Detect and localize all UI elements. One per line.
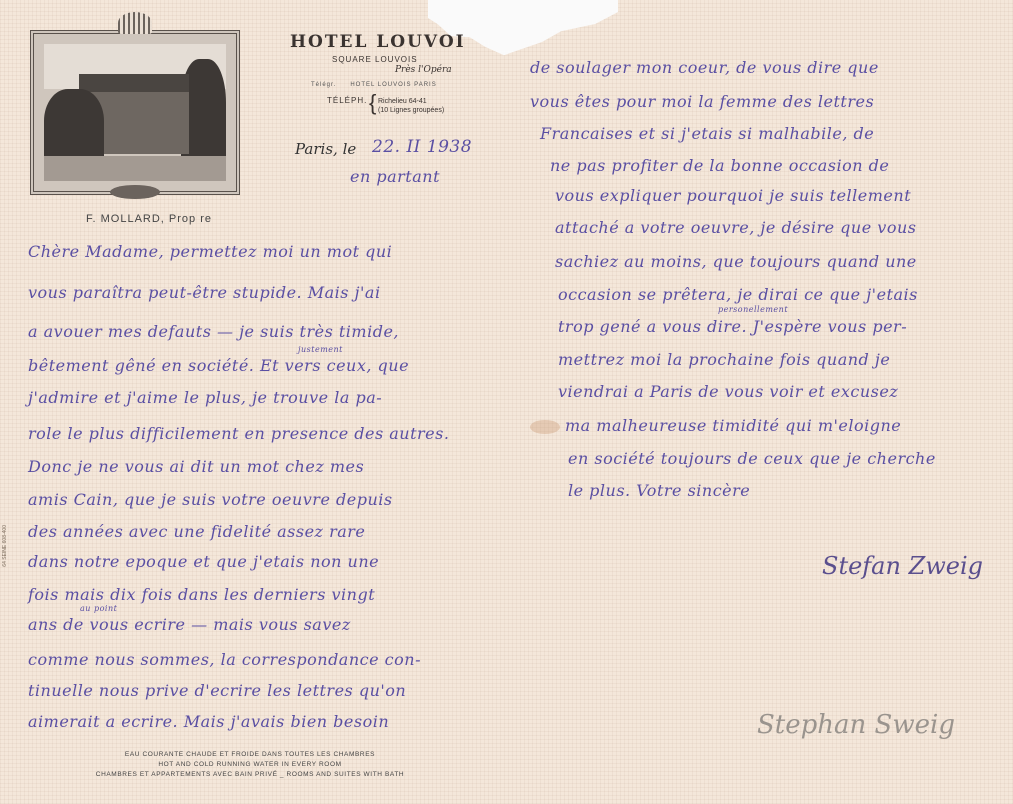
left-line: Chère Madame, permettez moi un mot qui [28, 242, 392, 261]
left-line: comme nous sommes, la correspondance con… [28, 650, 421, 669]
right-line: sachiez au moins, que toujours quand une [555, 252, 917, 271]
left-line: dans notre epoque et que j'etais non une [28, 552, 379, 571]
insert-personellement: personellement [718, 305, 788, 314]
right-line: trop gené a vous dire. J'espère vous per… [558, 317, 907, 336]
right-line: en société toujours de ceux que je cherc… [568, 449, 936, 468]
left-line: aimerait a ecrire. Mais j'avais bien bes… [28, 712, 389, 731]
right-line: ne pas profiter de la bonne occasion de [550, 156, 889, 175]
insert-au-point: au point [80, 604, 117, 613]
proprietor: F. MOLLARD, Prop re [86, 213, 212, 225]
left-line: amis Cain, que je suis votre oeuvre depu… [28, 490, 393, 509]
place-label: Paris, le [295, 140, 356, 158]
right-line: de soulager mon coeur, de vous dire que [530, 58, 879, 77]
hotel-engraving [30, 30, 240, 195]
right-line: ma malheureuse timidité qui m'eloigne [565, 416, 901, 435]
footer-line3: CHAMBRES ET APPARTEMENTS AVEC BAIN PRIVÉ… [80, 770, 420, 780]
telegram-address: HOTEL LOUVOIS PARIS [350, 82, 436, 88]
brace: { [369, 92, 376, 114]
phone-label: TÉLÉPH. [327, 96, 367, 105]
side-printer-mark: 64 SEINE 608-400 [2, 525, 8, 567]
telegram-label: Télégr. [311, 82, 336, 88]
flower-ornament-icon [110, 185, 160, 199]
right-line: occasion se prêtera, je dirai ce que j'e… [558, 285, 918, 304]
left-line: Donc je ne vous ai dit un mot chez mes [28, 457, 364, 476]
left-line: bêtement gêné en société. Et vers ceux, … [28, 356, 409, 375]
letterhead-footer: EAU COURANTE CHAUDE ET FROIDE DANS TOUTE… [80, 750, 420, 780]
footer-line2: HOT AND COLD RUNNING WATER IN EVERY ROOM [80, 760, 420, 770]
letter-note: en partant [350, 167, 440, 186]
letter-date: 22. II 1938 [372, 137, 472, 157]
signature: Stefan Zweig [822, 552, 983, 580]
left-line: ans de vous ecrire — mais vous savez [28, 615, 351, 634]
hotel-address: SQUARE LOUVOIS [332, 55, 418, 64]
shell-ornament-icon [118, 12, 152, 34]
right-line: viendrai a Paris de vous voir et excusez [558, 382, 898, 401]
engraving-ground [44, 156, 226, 181]
left-line: des années avec une fidelité assez rare [28, 522, 365, 541]
telegram: Télégr.HOTEL LOUVOIS PARIS [311, 82, 437, 88]
left-line: fois mais dix fois dans les derniers vin… [28, 585, 375, 604]
left-line: a avouer mes defauts — je suis très timi… [28, 322, 399, 341]
hotel-near: Près l'Opéra [395, 65, 452, 75]
left-line: tinuelle nous prive d'ecrire les lettres… [28, 681, 406, 700]
pencil-annotation: Stephan Sweig [757, 710, 955, 740]
hotel-name: HOTEL LOUVOI [290, 32, 466, 52]
right-line: vous êtes pour moi la femme des lettres [530, 92, 874, 111]
left-line: j'admire et j'aime le plus, je trouve la… [28, 388, 382, 407]
right-line: le plus. Votre sincère [568, 481, 750, 500]
right-line: vous expliquer pourquoi je suis tellemen… [555, 186, 911, 205]
left-line: role le plus difficilement en presence d… [28, 424, 449, 443]
phone-line1: Richelieu 64-41 [378, 97, 444, 106]
paper-stain [530, 420, 560, 434]
right-line: Francaises et si j'etais si malhabile, d… [540, 124, 874, 143]
left-line: vous paraîtra peut-être stupide. Mais j'… [28, 283, 381, 302]
phone-line2: (10 Lignes groupées) [378, 106, 444, 115]
footer-line1: EAU COURANTE CHAUDE ET FROIDE DANS TOUTE… [80, 750, 420, 760]
right-line: mettrez moi la prochaine fois quand je [558, 350, 890, 369]
right-line: attaché a votre oeuvre, je désire que vo… [555, 218, 916, 237]
phone-numbers: Richelieu 64-41 (10 Lignes groupées) [378, 97, 444, 115]
insert-justement: justement [298, 345, 343, 354]
